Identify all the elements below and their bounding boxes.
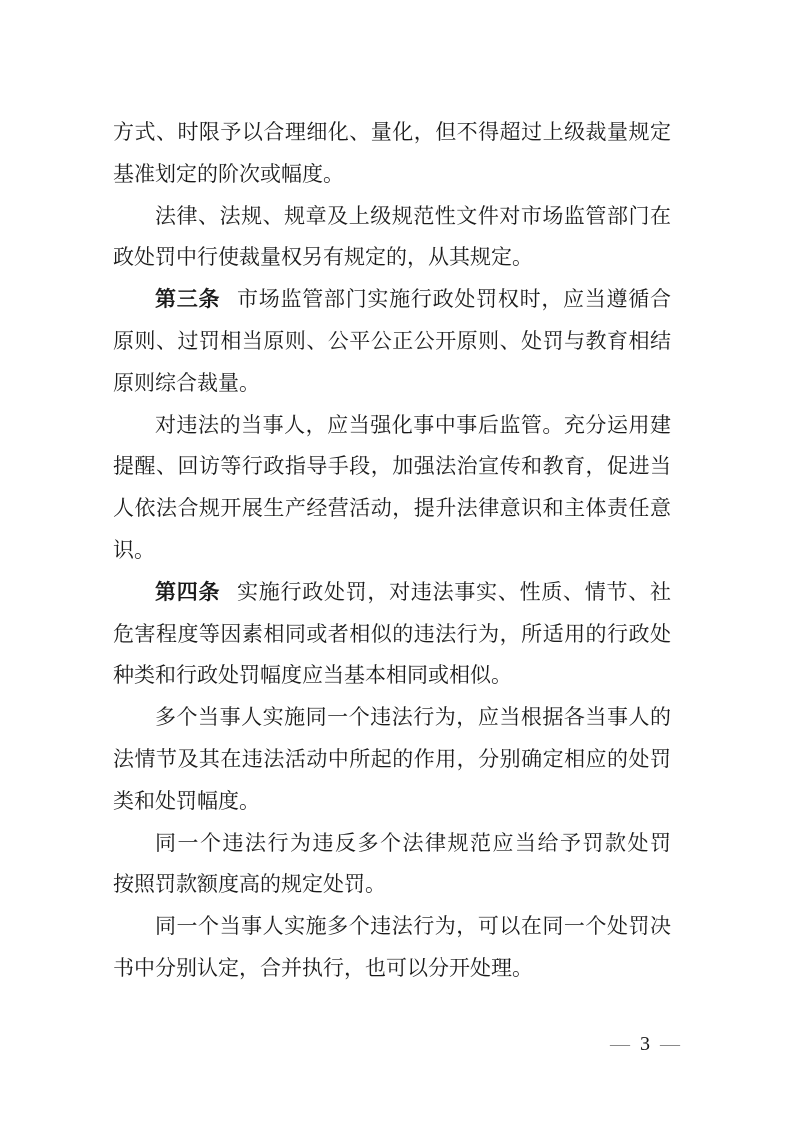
text-line: 同一个违法行为违反多个法律规范应当给予罚款处罚的， (113, 823, 671, 865)
text-line: 法情节及其在违法活动中所起的作用，分别确定相应的处罚种 (113, 739, 671, 781)
text-line: 方式、时限予以合理细化、量化，但不得超过上级裁量规定和 (113, 112, 671, 154)
text-line: 提醒、回访等行政指导手段，加强法治宣传和教育，促进当事 (113, 446, 671, 488)
paragraph: 方式、时限予以合理细化、量化，但不得超过上级裁量规定和基准划定的阶次或幅度。 (113, 112, 671, 196)
line-text: 多个当事人实施同一个违法行为，应当根据各当事人的违 (113, 705, 671, 739)
text-line: 人依法合规开展生产经营活动，提升法律意识和主体责任意 (113, 488, 671, 530)
text-line: 第三条市场监管部门实施行政处罚权时，应当遵循合法 (113, 279, 671, 321)
text-line: 识。 (113, 530, 671, 572)
text-line: 危害程度等因素相同或者相似的违法行为，所适用的行政处罚 (113, 614, 671, 656)
paragraph: 同一个当事人实施多个违法行为，可以在同一个处罚决定书中分别认定，合并执行，也可以… (113, 906, 671, 990)
paragraph: 同一个违法行为违反多个法律规范应当给予罚款处罚的，按照罚款额度高的规定处罚。 (113, 823, 671, 907)
line-text: 方式、时限予以合理细化、量化，但不得超过上级裁量规定和 (113, 120, 671, 154)
document-page: 方式、时限予以合理细化、量化，但不得超过上级裁量规定和基准划定的阶次或幅度。法律… (0, 0, 793, 1122)
text-line: 种类和行政处罚幅度应当基本相同或相似。 (113, 655, 671, 697)
page-number: 3 (640, 1033, 650, 1055)
text-line: 类和处罚幅度。 (113, 781, 671, 823)
document-body: 方式、时限予以合理细化、量化，但不得超过上级裁量规定和基准划定的阶次或幅度。法律… (113, 112, 671, 990)
text-line: 法律、法规、规章及上级规范性文件对市场监管部门在行 (113, 196, 671, 238)
line-text: 原则综合裁量。 (113, 371, 260, 395)
line-text: 书中分别认定，合并执行，也可以分开处理。 (113, 956, 533, 980)
line-text: 基准划定的阶次或幅度。 (113, 162, 344, 186)
line-text: 人依法合规开展生产经营活动，提升法律意识和主体责任意 (113, 496, 671, 520)
line-text: 政处罚中行使裁量权另有规定的，从其规定。 (113, 245, 533, 269)
text-line: 对违法的当事人，应当强化事中事后监管。充分运用建议、 (113, 405, 671, 447)
paragraph: 第三条市场监管部门实施行政处罚权时，应当遵循合法原则、过罚相当原则、公平公正公开… (113, 279, 671, 404)
paragraph: 第四条实施行政处罚，对违法事实、性质、情节、社会危害程度等因素相同或者相似的违法… (113, 572, 671, 697)
text-line: 第四条实施行政处罚，对违法事实、性质、情节、社会 (113, 572, 671, 614)
paragraph: 对违法的当事人，应当强化事中事后监管。充分运用建议、提醒、回访等行政指导手段，加… (113, 405, 671, 572)
text-line: 原则、过罚相当原则、公平公正公开原则、处罚与教育相结合 (113, 321, 671, 363)
article-number: 第三条 (155, 287, 220, 311)
line-text: 危害程度等因素相同或者相似的违法行为，所适用的行政处罚 (113, 622, 671, 656)
text-line: 同一个当事人实施多个违法行为，可以在同一个处罚决定 (113, 906, 671, 948)
text-line: 多个当事人实施同一个违法行为，应当根据各当事人的违 (113, 697, 671, 739)
footer-right-dash: — (660, 1033, 680, 1055)
text-line: 书中分别认定，合并执行，也可以分开处理。 (113, 948, 671, 990)
line-text: 种类和行政处罚幅度应当基本相同或相似。 (113, 663, 512, 687)
text-line: 基准划定的阶次或幅度。 (113, 154, 671, 196)
text-line: 政处罚中行使裁量权另有规定的，从其规定。 (113, 237, 671, 279)
line-text: 同一个当事人实施多个违法行为，可以在同一个处罚决定 (113, 914, 671, 948)
footer-left-dash: — (610, 1033, 630, 1055)
page-footer: —3— (610, 1031, 680, 1057)
line-text: 对违法的当事人，应当强化事中事后监管。充分运用建议、 (113, 413, 671, 447)
line-text: 类和处罚幅度。 (113, 789, 260, 813)
line-text: 按照罚款额度高的规定处罚。 (113, 872, 386, 896)
article-number: 第四条 (155, 580, 220, 604)
line-text: 法情节及其在违法活动中所起的作用，分别确定相应的处罚种 (113, 747, 671, 781)
line-text: 原则、过罚相当原则、公平公正公开原则、处罚与教育相结合 (113, 329, 671, 363)
paragraph: 多个当事人实施同一个违法行为，应当根据各当事人的违法情节及其在违法活动中所起的作… (113, 697, 671, 822)
text-line: 原则综合裁量。 (113, 363, 671, 405)
line-text: 识。 (113, 538, 155, 562)
line-text: 法律、法规、规章及上级规范性文件对市场监管部门在行 (113, 204, 671, 238)
line-text: 同一个违法行为违反多个法律规范应当给予罚款处罚的， (113, 831, 671, 865)
line-text: 提醒、回访等行政指导手段，加强法治宣传和教育，促进当事 (113, 454, 671, 488)
text-line: 按照罚款额度高的规定处罚。 (113, 864, 671, 906)
paragraph: 法律、法规、规章及上级规范性文件对市场监管部门在行政处罚中行使裁量权另有规定的，… (113, 196, 671, 280)
